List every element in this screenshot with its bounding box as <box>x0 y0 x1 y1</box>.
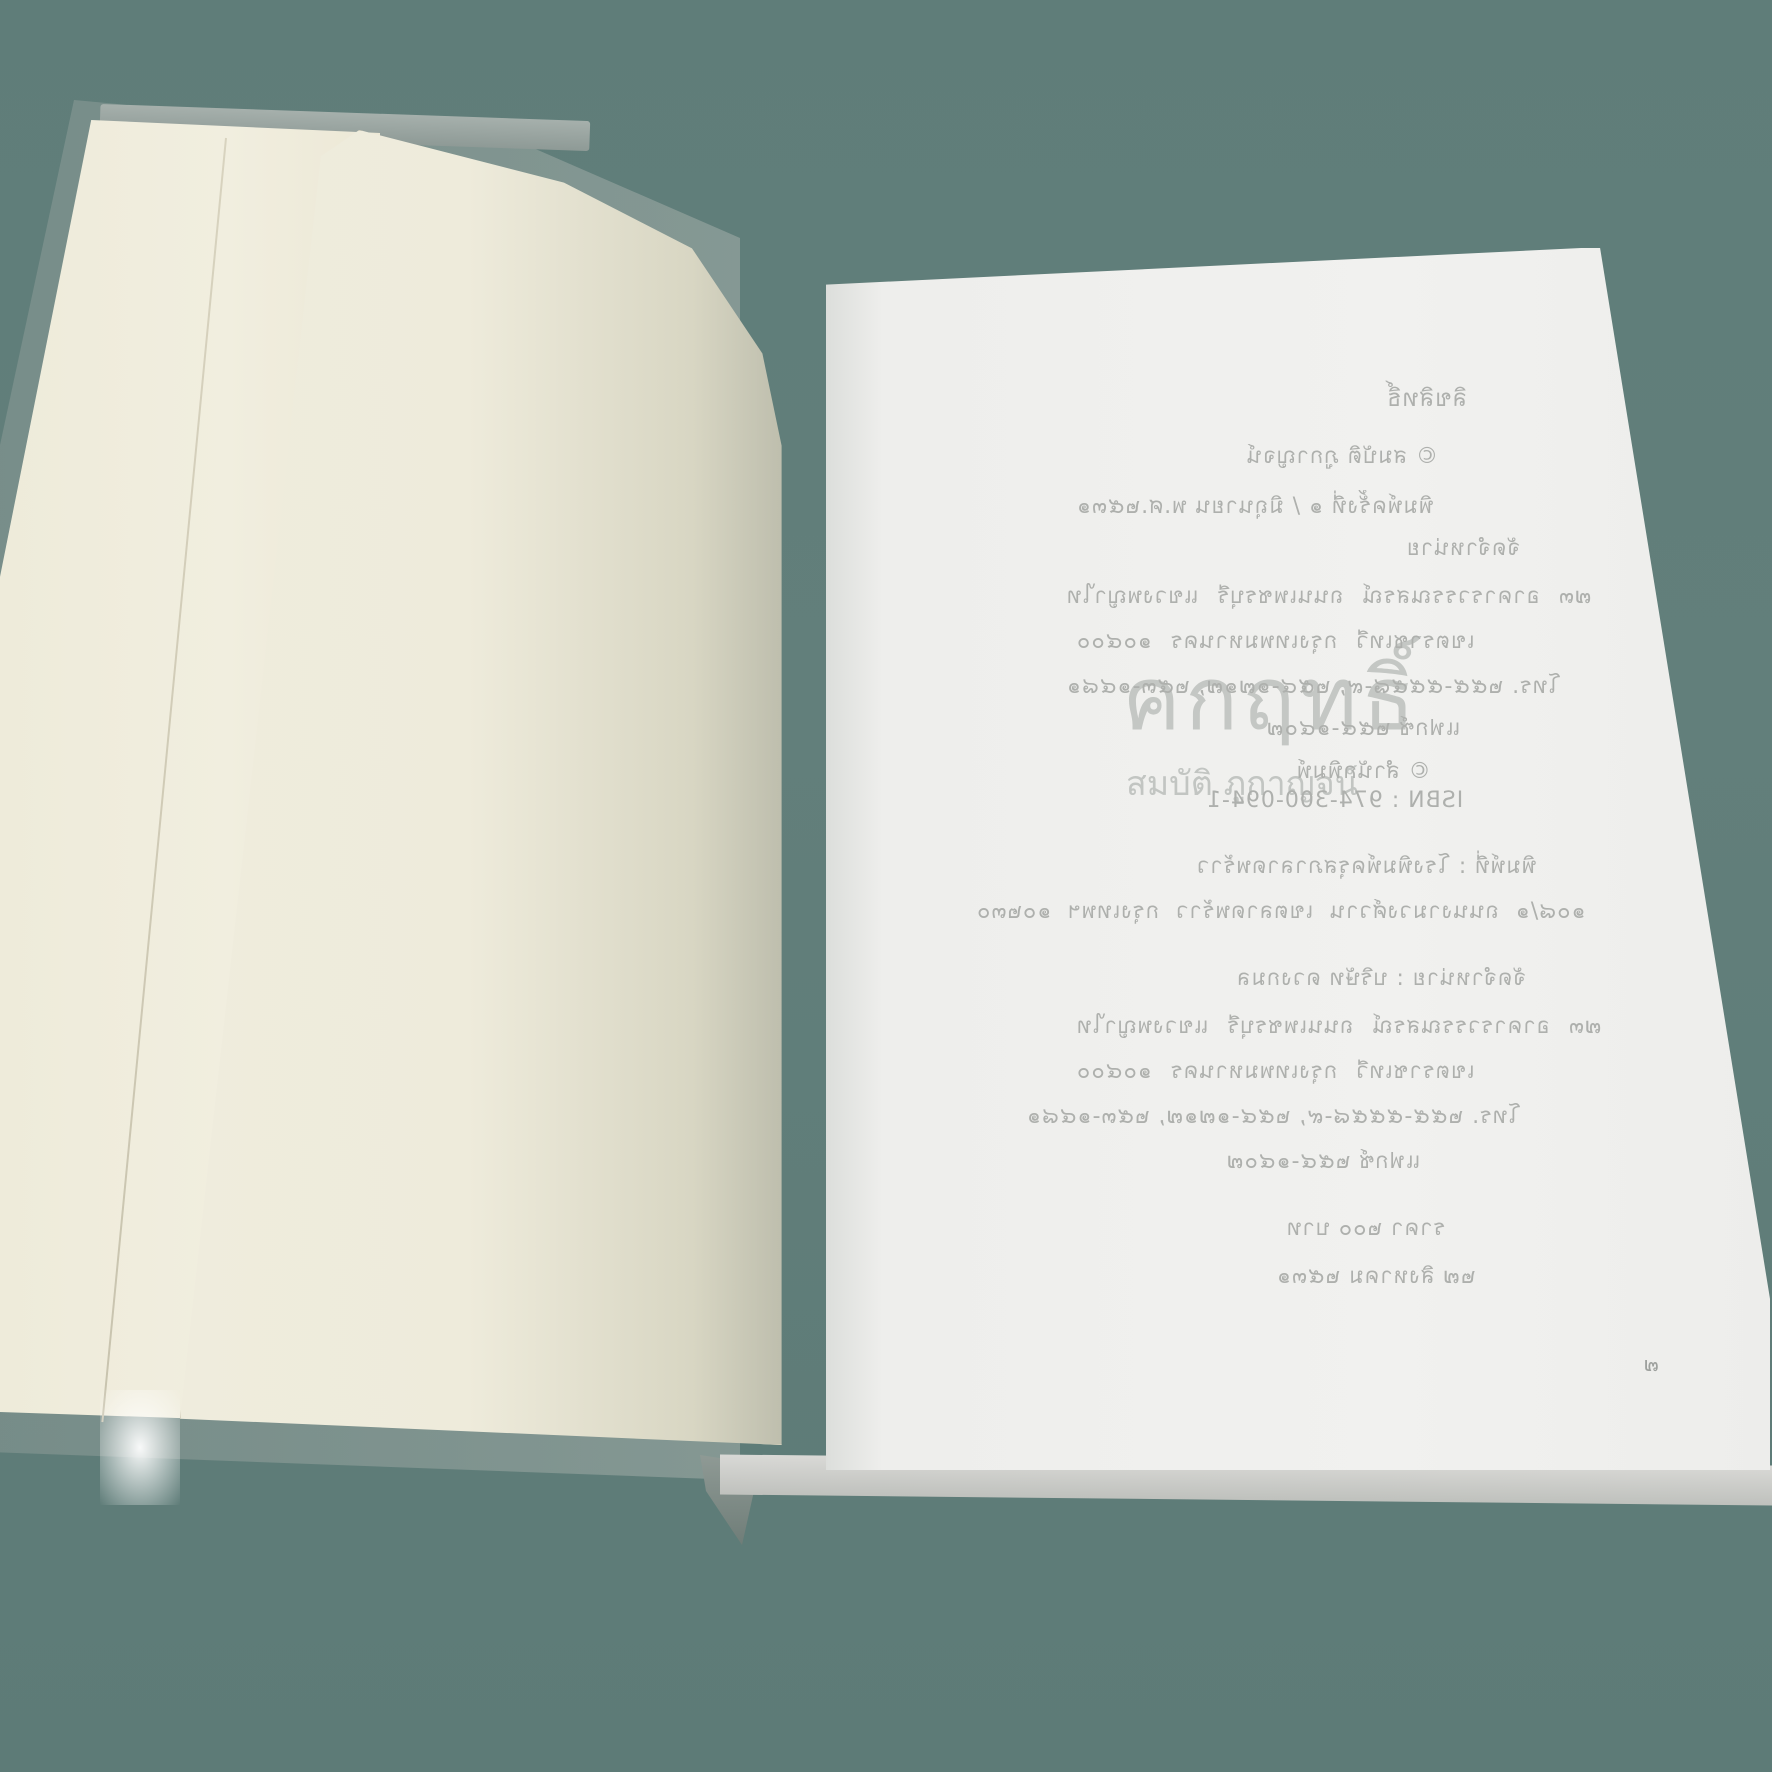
plastic-glare <box>100 1390 180 1505</box>
mirrored-line: เขตราชเทวี กรุงเทพมหานคร ๑๐๔๐๐ <box>1076 623 1475 658</box>
mirrored-line: พิมพ์ที่ : โรงพิมพ์ครุสภาลาดพร้าว <box>1196 848 1536 883</box>
mirrored-date: ๒๗ สิงหาคม ๒๕๓๑ <box>1276 1258 1475 1293</box>
mirrored-line: ๗๓ อาคารวรรณสรณ์ ถนนเพชรบุรี แขวงพญาไท <box>1066 578 1592 613</box>
copyright-page: คกฤทธิ์ สมบัติ ภูกาญจน์ ลิขสิทธิ์ © สมบั… <box>826 248 1770 1470</box>
mirrored-line: โทร. ๒๕๕-๕๕๕๘-๙, ๒๕๔-๑๗๑๗, ๒๕๓-๑๔๘๑ <box>1026 1098 1520 1133</box>
photo-scene: คกฤทธิ์ สมบัติ ภูกาญจน์ ลิขสิทธิ์ © สมบั… <box>0 0 1772 1772</box>
mirrored-line: ๑๐๘/๑ ถนนงามวงศ์วาน เขตลาดพร้าว กรุงเทพฯ… <box>976 893 1586 928</box>
mirrored-line: © สมบัติ ภูกาญจน์ <box>1246 438 1438 473</box>
mirrored-line: จัดจำหน่าย : บริษัท ดวงกมล <box>1236 960 1526 995</box>
mirrored-line: จัดจำหน่าย <box>1406 530 1520 565</box>
mirrored-line: โทร. ๒๕๕-๕๕๕๘-๙, ๒๕๔-๑๗๑๗, ๒๕๓-๑๔๘๑ <box>1066 668 1560 703</box>
mirrored-line: ๗๓ อาคารวรรณสรณ์ ถนนเพชรบุรี แขวงพญาไท <box>1076 1008 1602 1043</box>
mirrored-line: ลิขสิทธิ์ <box>1386 378 1467 417</box>
mirrored-line: เขตราชเทวี กรุงเทพมหานคร ๑๐๔๐๐ <box>1076 1053 1475 1088</box>
mirrored-line: แฟกซ์ ๒๕๔-๑๔๐๗ <box>1266 710 1460 745</box>
mirrored-isbn: ISBN : 974-300-094-1 <box>1206 788 1463 813</box>
mirrored-price: ราคา ๒๐๐ บาท <box>1286 1210 1445 1245</box>
mirrored-line: © สำนักพิมพ์ <box>1296 753 1431 788</box>
page-number: ๗ <box>1644 1348 1659 1380</box>
mirrored-line: แฟกซ์ ๒๕๔-๑๔๐๗ <box>1226 1143 1420 1178</box>
mirrored-line: พิมพ์ครั้งที่ ๑ / มิถุนายน พ.ศ.๒๕๓๑ <box>1076 488 1433 523</box>
